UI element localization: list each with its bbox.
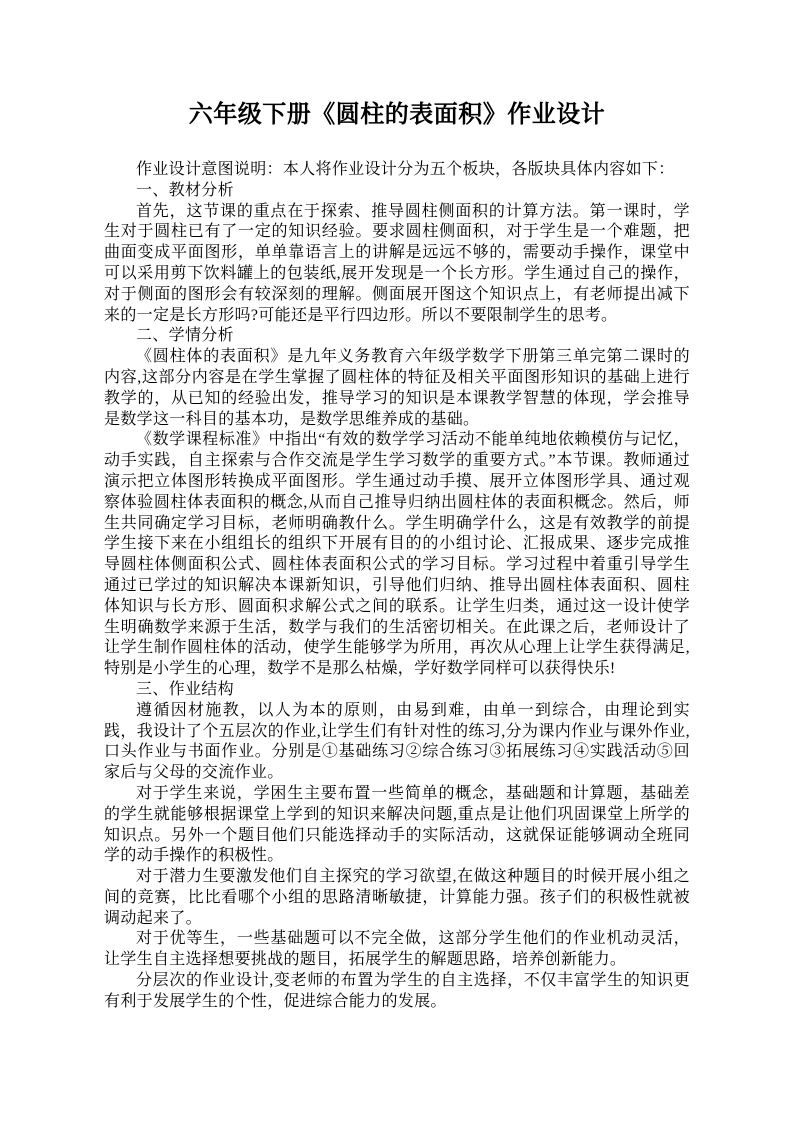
section-heading: 二、学情分析: [104, 326, 690, 347]
body-paragraph: 《数学课程标准》中指出“有效的数学学习活动不能单纯地依赖模仿与记忆，动手实践，自…: [104, 430, 690, 680]
section-heading: 三、作业结构: [104, 680, 690, 701]
body-paragraph: 作业设计意图说明：本人将作业设计分为五个板块，各版块具体内容如下：: [104, 160, 690, 181]
body-paragraph: 遵循因材施教，以人为本的原则，由易到难，由单一到综合，由理论到实践，我设计了个五…: [104, 701, 690, 784]
body-paragraph: 《圆柱体的表面积》是九年义务教育六年级学数学下册第三单完第二课时的内容,这部分内…: [104, 347, 690, 430]
body-paragraph: 对于优等生，一些基础题可以不完全做，这部分学生他们的作业机动灵活，让学生自主选择…: [104, 929, 690, 971]
body-paragraph: 对于潜力生要激发他们自主探究的学习欲望,在做这种题目的时候开展小组之间的竞赛，比…: [104, 867, 690, 929]
document-title: 六年级下册《圆柱的表面积》作业设计: [104, 97, 690, 134]
document-page: 六年级下册《圆柱的表面积》作业设计 作业设计意图说明：本人将作业设计分为五个板块…: [0, 0, 793, 1122]
body-paragraph: 首先，这节课的重点在于探索、推导圆柱侧面积的计算方法。第一课时，学生对于圆柱已有…: [104, 202, 690, 327]
section-heading: 一、教材分析: [104, 181, 690, 202]
document-body: 作业设计意图说明：本人将作业设计分为五个板块，各版块具体内容如下：一、教材分析首…: [104, 160, 690, 1013]
body-paragraph: 分层次的作业设计,变老师的布置为学生的自主选择，不仅丰富学生的知识更有利于发展学…: [104, 971, 690, 1013]
body-paragraph: 对于学生来说，学困生主要布置一些简单的概念，基础题和计算题，基础差的学生就能够根…: [104, 784, 690, 867]
